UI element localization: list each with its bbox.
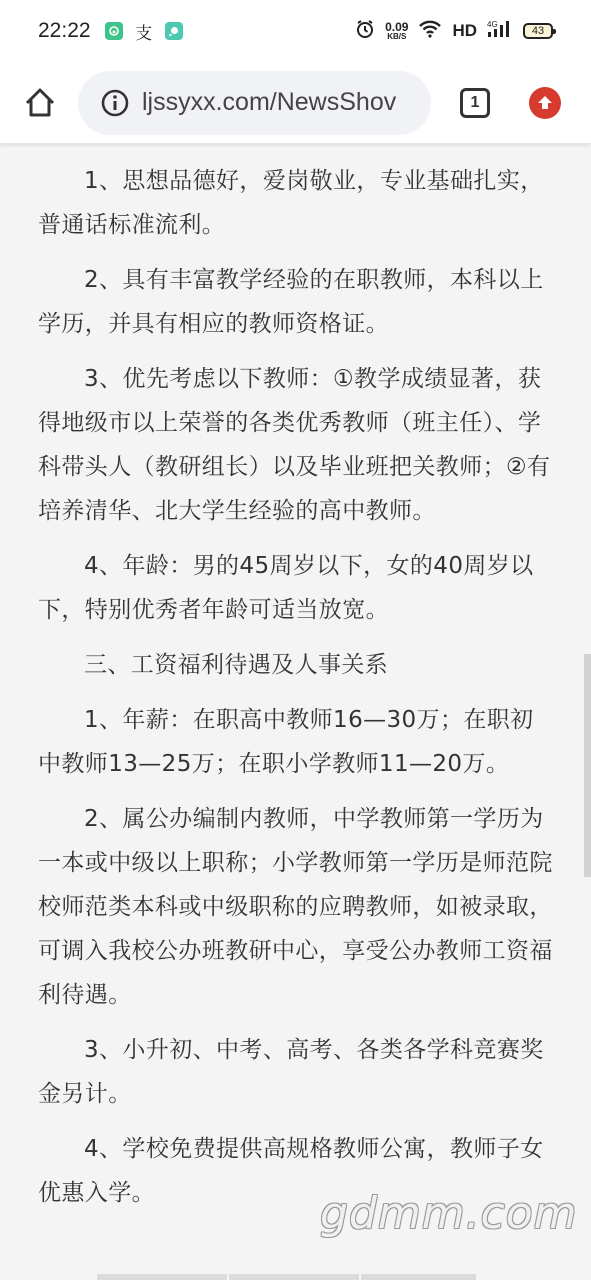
address-bar[interactable]: ljssyxx.com/NewsShov xyxy=(78,71,431,135)
requirement-1: 1、思想品德好，爱岗敬业，专业基础扎实，普通话标准流利。 xyxy=(38,159,553,247)
alarm-icon xyxy=(355,19,375,43)
tab-switcher-button[interactable]: 1 xyxy=(460,88,490,118)
hd-voice-indicator: HD xyxy=(452,21,477,41)
clock: 22:22 xyxy=(38,19,91,43)
status-bar: 22:22 支 0.09 KB/S HD 4G 43 xyxy=(0,0,591,62)
update-button[interactable] xyxy=(529,87,561,119)
article-body: 1、思想品德好，爱岗敬业，专业基础扎实，普通话标准流利。 2、具有丰富教学经验的… xyxy=(0,145,591,1215)
table-top-edge xyxy=(97,1274,476,1280)
svg-text:4G: 4G xyxy=(487,20,498,29)
info-icon[interactable] xyxy=(100,88,130,118)
home-icon xyxy=(23,86,57,120)
page-content[interactable]: 1、思想品德好，爱岗敬业，专业基础扎实，普通话标准流利。 2、具有丰富教学经验的… xyxy=(0,145,591,1280)
requirement-2: 2、具有丰富教学经验的在职教师，本科以上学历，并具有相应的教师资格证。 xyxy=(38,258,553,346)
green-app-icon xyxy=(105,22,123,40)
network-speed: 0.09 KB/S xyxy=(385,21,408,41)
wifi-icon xyxy=(418,20,442,42)
table-cell xyxy=(97,1274,227,1280)
table-cell xyxy=(229,1274,359,1280)
teal-app-icon xyxy=(165,22,183,40)
home-button[interactable] xyxy=(18,81,62,125)
section-heading-salary: 三、工资福利待遇及人事关系 xyxy=(38,643,553,687)
table-cell xyxy=(361,1274,476,1280)
arrow-up-icon xyxy=(536,94,554,112)
alipay-icon: 支 xyxy=(135,22,153,40)
salary-item-3: 3、小升初、中考、高考、各类各学科竞赛奖金另计。 xyxy=(38,1028,553,1116)
salary-item-1: 1、年薪：在职高中教师16—30万；在职初中教师13—25万；在职小学教师11—… xyxy=(38,698,553,786)
battery-indicator: 43 xyxy=(523,23,553,39)
salary-item-4: 4、学校免费提供高规格教师公寓，教师子女优惠入学。 xyxy=(38,1127,553,1215)
browser-toolbar: ljssyxx.com/NewsShov 1 xyxy=(0,62,591,144)
salary-item-2: 2、属公办编制内教师，中学教师第一学历为一本或中级以上职称；小学教师第一学历是师… xyxy=(38,797,553,1017)
requirement-3: 3、优先考虑以下教师：①教学成绩显著，获得地级市以上荣誉的各类优秀教师（班主任）… xyxy=(38,357,553,533)
cell-signal-icon: 4G xyxy=(487,19,513,43)
requirement-4: 4、年龄：男的45周岁以下，女的40周岁以下，特别优秀者年龄可适当放宽。 xyxy=(38,544,553,632)
scrollbar[interactable] xyxy=(584,654,591,877)
url-text[interactable]: ljssyxx.com/NewsShov xyxy=(142,88,396,117)
